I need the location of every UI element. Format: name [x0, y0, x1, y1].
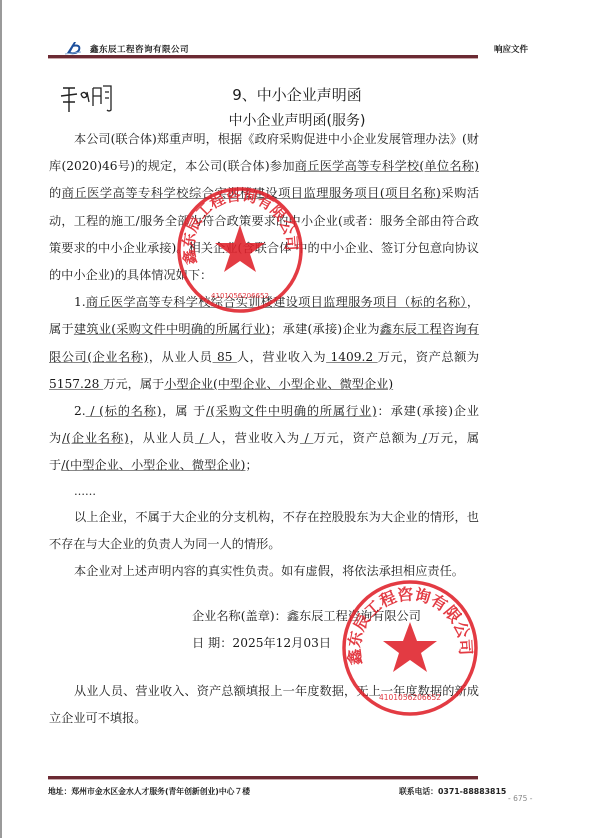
subject-name: 商丘医学高等专科学校综合实训楼建设项目监理服务项目（标的名称）	[86, 295, 467, 309]
total-assets: 5157.28	[49, 377, 103, 391]
page-number: - 675 -	[508, 794, 533, 803]
text: 人，营业收入为	[209, 431, 300, 445]
text: 采购活动，工程的施工/服务全部为符合政策要求的中小企业(或者：服务全部由符合政策…	[49, 186, 479, 282]
text: 人，营业收入为	[237, 350, 326, 364]
item-number: 2.	[74, 404, 86, 418]
header-divider	[48, 55, 478, 59]
footer-address: 地址：郑州市金水区金水人才服务(青年创新创业)中心７楼	[48, 786, 250, 797]
staff-count: /	[195, 431, 209, 445]
enterprise-type: 小型企业(中型企业、小型企业、微型企业)	[164, 377, 393, 391]
declaration-paragraph: 本公司(联合体)郑重声明，根据《政府采购促进中小企业发展管理办法》(财库(202…	[49, 126, 479, 289]
header-company-name: 鑫东辰工程咨询有限公司	[90, 43, 189, 55]
project-name: 商丘医学高等专科学校综合实训楼建设项目监理服务项目(项目名称)	[62, 186, 441, 200]
signature-block: 企业名称(盖章)：鑫东辰工程咨询有限公司 日 期：2025年12月03日	[49, 603, 479, 657]
text: 万元，属于	[103, 377, 164, 391]
section-title: 9、中小企业声明函	[0, 84, 594, 105]
document-body: 本公司(联合体)郑重声明，根据《政府采购促进中小企业发展管理办法》(财库(202…	[49, 126, 479, 732]
staff-count: 85	[213, 350, 237, 364]
enterprise-name: /(企业名称)	[62, 431, 129, 445]
footer-phone: 联系电话：0371-88883815	[399, 786, 506, 797]
company-logo-icon	[65, 40, 83, 56]
text: 万元，资产总额为	[314, 431, 418, 445]
footer-divider	[48, 776, 478, 780]
text: ，从业人员	[148, 350, 212, 364]
industry: /(采购文件中明确的所属行业)	[206, 404, 377, 418]
header-doc-type: 响应文件	[494, 43, 528, 55]
not-branch-statement: 以上企业，不属于大企业的分支机构，不存在控股股东为大企业的情形，也不存在与大企业…	[49, 504, 479, 558]
responsibility-statement: 本企业对上述声明内容的真实性负责。如有虚假，将依法承担相应责任。	[49, 558, 479, 585]
purchaser-name: 商丘医学高等专科学校(单位名称)	[295, 159, 479, 173]
enterprise-seal-label: 企业名称(盖章)：鑫东辰工程咨询有限公司	[192, 603, 479, 630]
total-assets: /	[418, 431, 427, 445]
text: ；承建(承接)企业为	[270, 322, 380, 336]
text: ；	[245, 458, 257, 472]
subject-name: / (标的名称)	[86, 404, 162, 418]
text: 的	[49, 186, 62, 200]
footnote: 从业人员、营业收入、资产总额填报上一年度数据，无上一年度数据的新成立企业可不填报…	[49, 678, 479, 732]
enterprise-item-2: 2. / (标的名称)，属 于/(采购文件中明确的所属行业)：承建(承接)企业为…	[49, 398, 479, 480]
date-label: 日 期：2025年12月03日	[192, 630, 479, 657]
revenue: 1409.2	[326, 350, 378, 364]
text: ，从业人员	[129, 431, 195, 445]
revenue: /	[300, 431, 314, 445]
ellipsis: ……	[49, 480, 479, 504]
enterprise-item-1: 1.商丘医学高等专科学校综合实训楼建设项目监理服务项目（标的名称），属于建筑业(…	[49, 289, 479, 398]
enterprise-type: /(中型企业、小型企业、微型企业)	[61, 458, 245, 472]
item-number: 1.	[74, 295, 86, 309]
text: ，属 于	[162, 404, 207, 418]
text: 万元，资产总额为	[378, 350, 479, 364]
industry: 建筑业(采购文件中明确的所属行业)	[74, 322, 270, 336]
